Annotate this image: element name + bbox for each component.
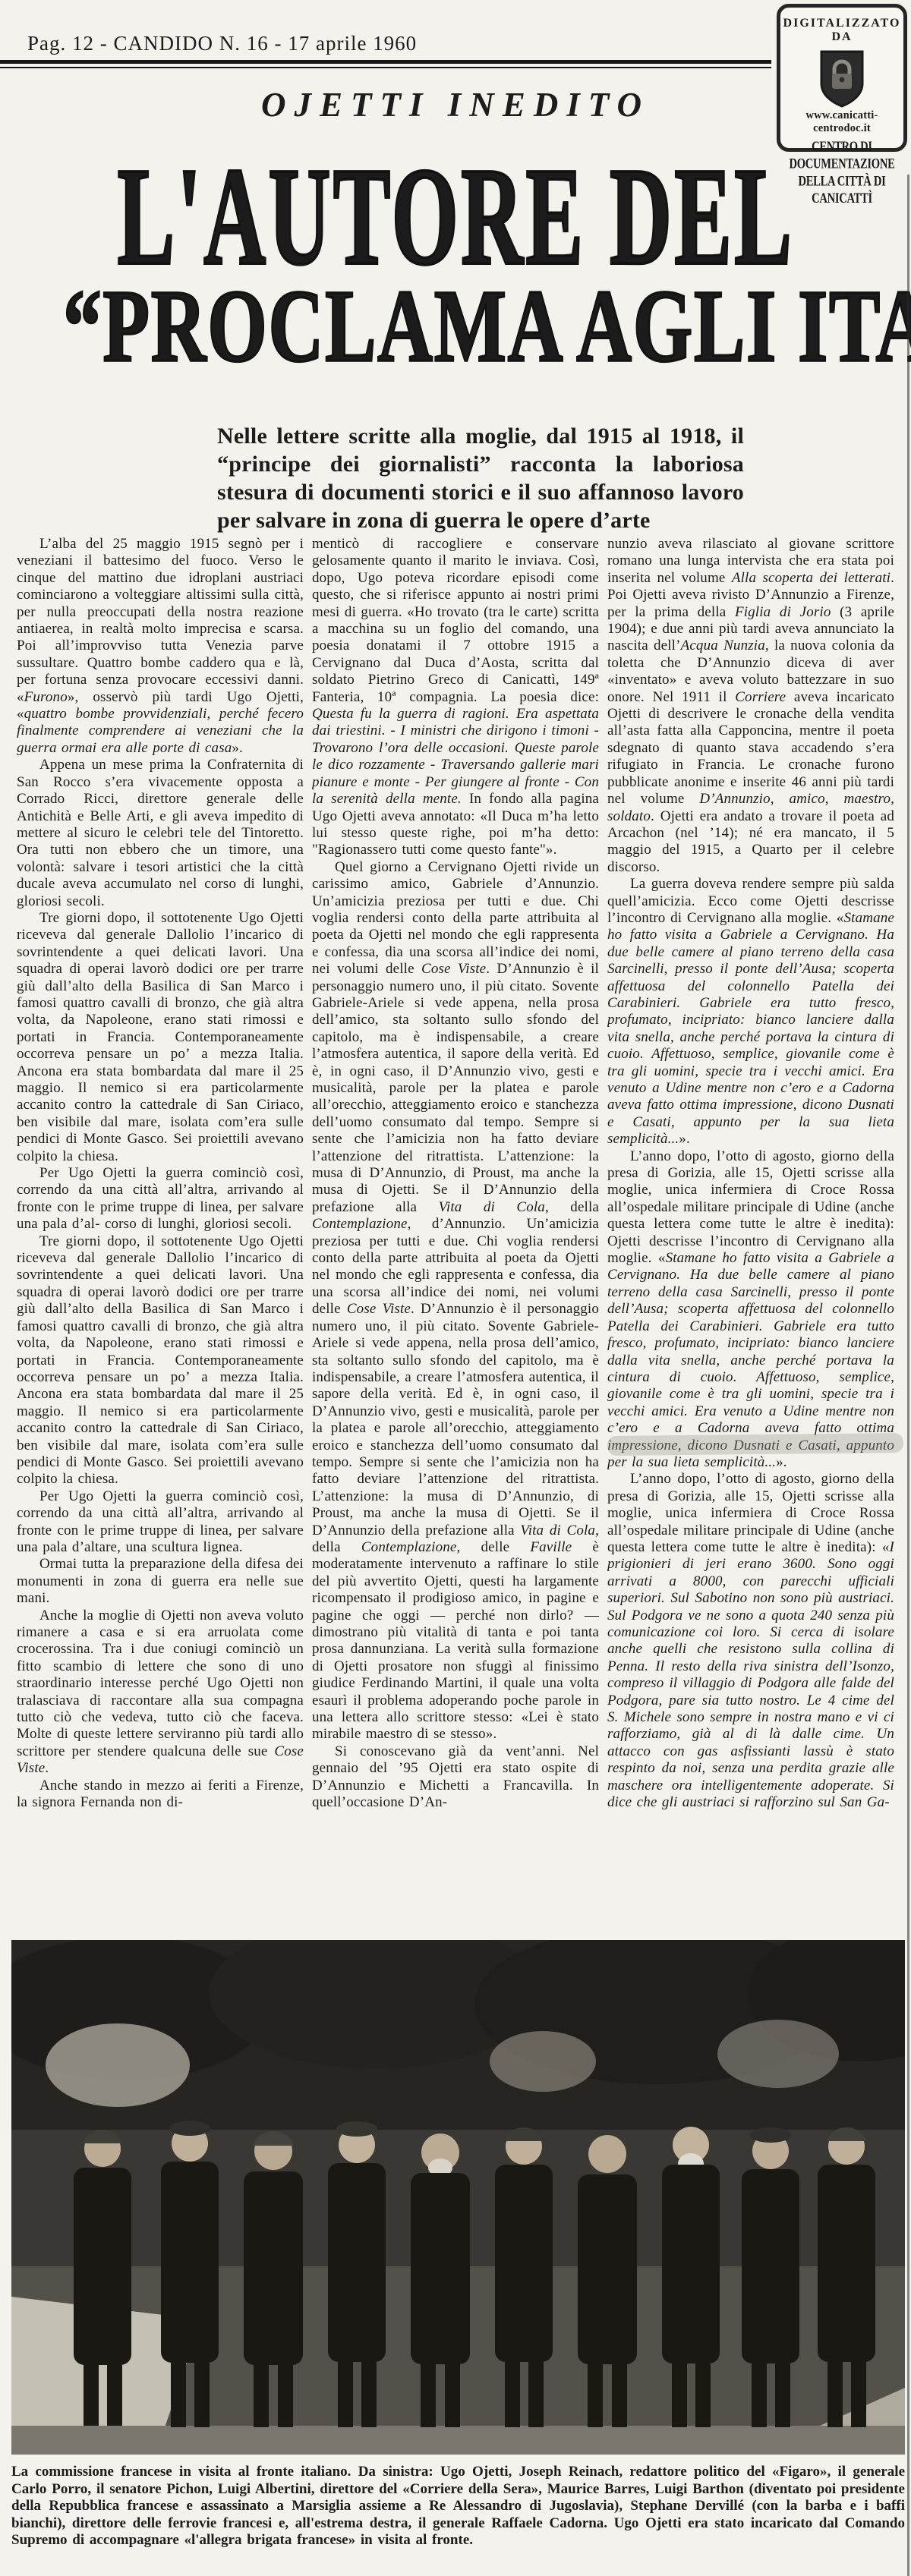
digitization-stamp: DIGITALIZZATO DA www.canicatti-centrodoc…: [777, 4, 907, 152]
article-paragraph: La guerra doveva rendere sempre più sald…: [607, 876, 894, 1148]
article-paragraph: Ormai tutta la preparazione della difesa…: [17, 1556, 304, 1607]
article-paragraph: Appena un mese prima la Confraternita di…: [17, 757, 304, 910]
article-paragraph: L’anno dopo, l’otto di agosto, giorno de…: [607, 1471, 894, 1811]
article-paragraph: L’anno dopo, l’otto di agosto, giorno de…: [607, 1148, 894, 1472]
article-paragraph: Per Ugo Ojetti la guerra cominciò così, …: [17, 1488, 304, 1557]
page-header: Pag. 12 - CANDIDO N. 16 - 17 aprile 1960: [27, 32, 417, 55]
article-paragraph: nunzio aveva rilasciato al giovane scrit…: [607, 536, 894, 876]
article-paragraph: Anche la moglie di Ojetti non aveva volu…: [17, 1608, 304, 1778]
header-rule-thin: [0, 67, 771, 68]
article-paragraph: Tre giorni dopo, il sottotenente Ugo Oje…: [17, 1233, 304, 1488]
article-column-3: nunzio aveva rilasciato al giovane scrit…: [607, 536, 894, 1935]
scan-smudge-artifact: [607, 1433, 903, 1456]
article-column-2: menticò di raccogliere e conservare gelo…: [312, 536, 599, 1935]
headline-line1: L'AUTORE DEL: [0, 135, 911, 272]
article-paragraph: Per Ugo Ojetti la guerra cominciò così, …: [17, 1165, 304, 1233]
stamp-title: DIGITALIZZATO DA: [780, 17, 903, 44]
article-paragraph: Si conoscevano già da vent’anni. Nel gen…: [312, 1743, 599, 1812]
header-rule-thick: [0, 60, 771, 64]
photo-caption: La commissione francese in visita al fro…: [11, 2464, 905, 2549]
article-lead: Nelle lettere scritte alla moglie, dal 1…: [217, 422, 744, 534]
article-paragraph: Tre giorni dopo, il sottotenente Ugo Oje…: [17, 910, 304, 1165]
headline-line2: “PROCLAMA AGLI ITALIANI”: [0, 267, 911, 389]
article-paragraph: Anche stando in mezzo ai feriti a Firenz…: [17, 1778, 304, 1812]
newspaper-page: Pag. 12 - CANDIDO N. 16 - 17 aprile 1960…: [0, 0, 911, 2576]
article-kicker: OJETTI INEDITO: [0, 85, 911, 124]
article-paragraph: menticò di raccogliere e conservare gelo…: [312, 536, 599, 859]
headline-line2-text: “PROCLAMA AGLI ITALIANI”: [63, 267, 911, 386]
article-column-1: L’alba del 25 maggio 1915 segnò per i ve…: [17, 536, 304, 1935]
front-photo-illustration: [11, 1940, 905, 2455]
article-paragraph: Quel giorno a Cervignano Ojetti rivide u…: [312, 859, 599, 1743]
article-paragraph: L’alba del 25 maggio 1915 segnò per i ve…: [17, 536, 304, 757]
